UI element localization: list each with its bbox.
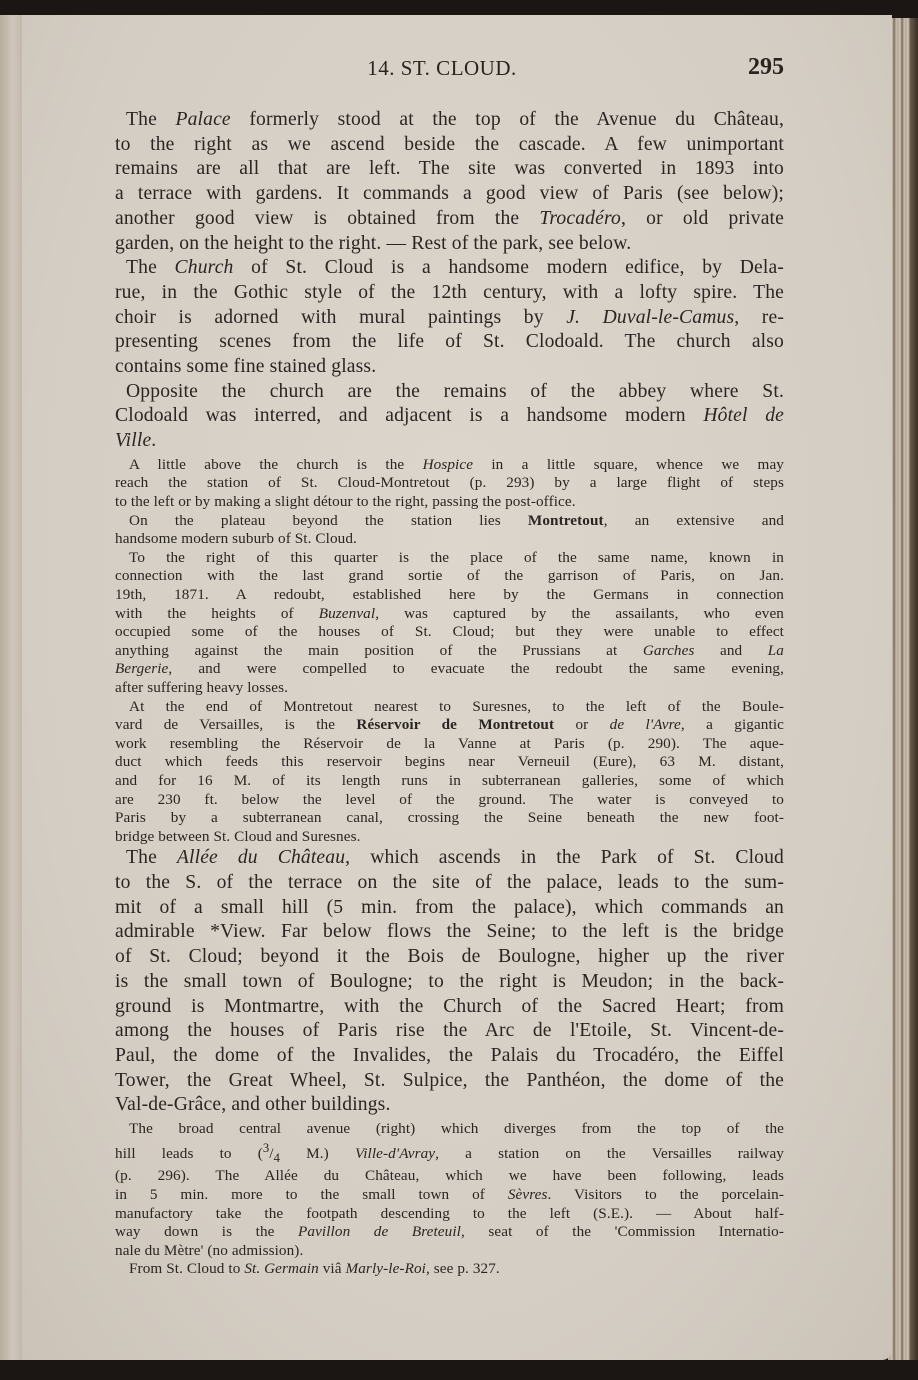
text-line: bridge between St. Cloud and Suresnes. — [115, 828, 784, 847]
small-print-paragraph: A little above the church is the Hospice… — [115, 456, 784, 512]
text-line: anything against the main position of th… — [115, 642, 784, 661]
text-line: hill leads to (3/4 M.) Ville-d'Avray, a … — [115, 1139, 784, 1168]
text-line: vard de Versailles, is the Réservoir de … — [115, 716, 784, 735]
text-line: Clodoald was interred, and adjacent is a… — [115, 404, 784, 429]
text-line: Ville. — [115, 429, 784, 454]
page-header: 14. ST. CLOUD. 295 — [100, 54, 784, 84]
text-line: mit of a small hill (5 min. from the pal… — [115, 896, 784, 921]
text-line: The Church of St. Cloud is a handsome mo… — [115, 256, 784, 281]
text-line: Tower, the Great Wheel, St. Sulpice, the… — [115, 1069, 784, 1094]
text-line: to the S. of the terrace on the site of … — [115, 871, 784, 896]
text-line: The Allée du Château, which ascends in t… — [115, 846, 784, 871]
text-line: To the right of this quarter is the plac… — [115, 549, 784, 568]
body-paragraph: Opposite the church are the remains of t… — [115, 380, 784, 454]
text-line: another good view is obtained from the T… — [115, 207, 784, 232]
text-line: choir is adorned with mural paintings by… — [115, 306, 784, 331]
text-line: The broad central avenue (right) which d… — [115, 1120, 784, 1139]
left-page-gutter — [0, 15, 23, 1360]
text-line: remains are all that are left. The site … — [115, 157, 784, 182]
text-line: manufactory take the footpath descending… — [115, 1205, 784, 1224]
text-line: (p. 296). The Allée du Château, which we… — [115, 1167, 784, 1186]
text-line: is the small town of Boulogne; to the ri… — [115, 970, 784, 995]
small-print-paragraph: The broad central avenue (right) which d… — [115, 1120, 784, 1260]
text-line: occupied some of the houses of St. Cloud… — [115, 623, 784, 642]
text-line: Val-de-Grâce, and other buildings. — [115, 1093, 784, 1118]
text-line: handsome modern suburb of St. Cloud. — [115, 530, 784, 549]
text-line: ground is Montmartre, with the Church of… — [115, 995, 784, 1020]
text-line: presenting scenes from the life of St. C… — [115, 330, 784, 355]
text-line: admirable *View. Far below flows the Sei… — [115, 920, 784, 945]
text-line: Bergerie, and were compelled to evacuate… — [115, 660, 784, 679]
text-line: are 230 ft. below the level of the groun… — [115, 791, 784, 810]
page-body: The Palace formerly stood at the top of … — [115, 108, 784, 1279]
text-line: On the plateau beyond the station lies M… — [115, 512, 784, 531]
text-line: work resembling the Réservoir de la Vann… — [115, 735, 784, 754]
text-line: Paris by a subterranean canal, crossing … — [115, 809, 784, 828]
text-line: 19th, 1871. A redoubt, established here … — [115, 586, 784, 605]
body-paragraph: The Allée du Château, which ascends in t… — [115, 846, 784, 1118]
text-line: duct which feeds this reservoir begins n… — [115, 753, 784, 772]
text-line: garden, on the height to the right. — Re… — [115, 232, 784, 257]
small-print-paragraph: At the end of Montretout nearest to Sure… — [115, 698, 784, 847]
text-line: Opposite the church are the remains of t… — [115, 380, 784, 405]
text-line: Paul, the dome of the Invalides, the Pal… — [115, 1044, 784, 1069]
small-print-paragraph: To the right of this quarter is the plac… — [115, 549, 784, 698]
text-line: reach the station of St. Cloud-Montretou… — [115, 474, 784, 493]
text-line: nale du Mètre' (no admission). — [115, 1242, 784, 1261]
body-paragraph: The Palace formerly stood at the top of … — [115, 108, 784, 256]
running-head: 14. ST. CLOUD. — [100, 56, 784, 81]
text-line: a terrace with gardens. It commands a go… — [115, 182, 784, 207]
page-edges — [888, 18, 918, 1360]
body-paragraph: The Church of St. Cloud is a handsome mo… — [115, 256, 784, 380]
text-line: way down is the Pavillon de Breteuil, se… — [115, 1223, 784, 1242]
text-line: among the houses of Paris rise the Arc d… — [115, 1019, 784, 1044]
text-line: of St. Cloud; beyond it the Bois de Boul… — [115, 945, 784, 970]
small-print-paragraph: From St. Cloud to St. Germain viâ Marly-… — [115, 1260, 784, 1279]
text-line: From St. Cloud to St. Germain viâ Marly-… — [115, 1260, 784, 1279]
page-number: 295 — [748, 54, 784, 81]
text-line: The Palace formerly stood at the top of … — [115, 108, 784, 133]
text-line: after suffering heavy losses. — [115, 679, 784, 698]
text-line: to the left or by making a slight détour… — [115, 493, 784, 512]
text-line: connection with the last grand sortie of… — [115, 567, 784, 586]
small-print-paragraph: On the plateau beyond the station lies M… — [115, 512, 784, 549]
text-line: with the heights of Buzenval, was captur… — [115, 605, 784, 624]
text-line: At the end of Montretout nearest to Sure… — [115, 698, 784, 717]
text-line: A little above the church is the Hospice… — [115, 456, 784, 475]
text-line: rue, in the Gothic style of the 12th cen… — [115, 281, 784, 306]
text-line: to the right as we ascend beside the cas… — [115, 133, 784, 158]
text-line: in 5 min. more to the small town of Sèvr… — [115, 1186, 784, 1205]
text-line: and for 16 M. of its length runs in subt… — [115, 772, 784, 791]
text-line: contains some fine stained glass. — [115, 355, 784, 380]
